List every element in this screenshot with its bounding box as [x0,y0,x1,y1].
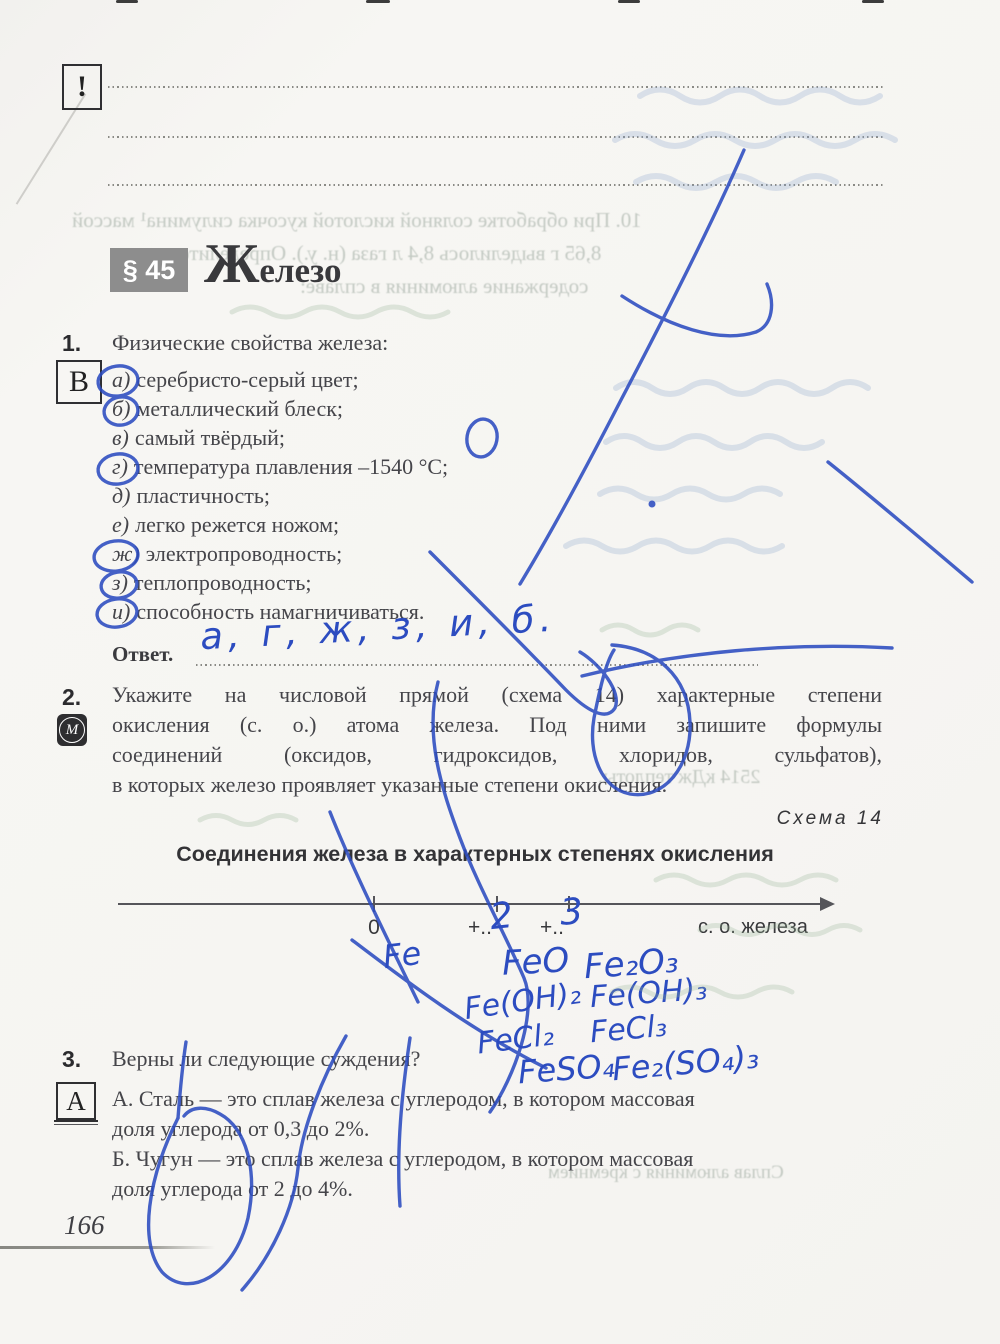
pen-circle-letter-i [95,596,139,629]
bleed-squiggle [700,926,860,935]
bleed-squiggle [656,875,836,885]
bleed-squiggle [602,625,698,635]
pen-stroke-task3-curve [242,1036,346,1290]
pen-circle-letter-a [96,363,140,398]
bleed-squiggle [600,489,780,500]
bleed-squiggle [615,134,895,146]
bleed-squiggle [232,307,448,317]
bleed-squiggle [606,436,822,448]
pen-small-circle [464,417,500,460]
pen-stroke-big-oval [593,645,691,795]
bleed-squiggle [612,987,792,997]
pen-circle-letter-b [102,394,140,427]
pen-stroke-answer-tail [582,646,892,676]
bleed-squiggle [566,541,782,552]
pen-stroke-mid-diagonal [330,812,418,1002]
pen-stroke-right-slash [828,462,972,582]
bleed-squiggle [640,90,880,103]
bleed-squiggle [616,382,868,394]
pen-stroke-s-curve [433,682,528,1112]
pen-stroke-long-diagonal [520,150,744,584]
pen-circle-letter-zh [92,538,139,573]
pen-stroke-bottom-loop [149,1108,252,1283]
pen-marks-layer [0,0,1000,1344]
pen-stroke-top-hook [622,284,772,336]
pen-stroke-loop-lead [178,1042,186,1118]
bleed-squiggle [636,176,836,188]
bleed-handwriting-group [566,90,895,552]
pen-circle-letter-z [99,569,139,600]
pen-stroke-task3-vertical [399,1038,410,1206]
bleed-squiggle [200,816,296,825]
pen-strokes-group [92,150,972,1290]
pen-dot [649,501,656,508]
workbook-page: ! 10. При обработке соляной кислотой кус… [0,0,1000,1344]
pen-circle-letter-g [96,451,140,486]
